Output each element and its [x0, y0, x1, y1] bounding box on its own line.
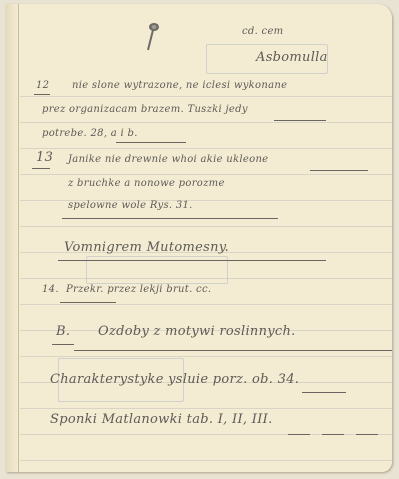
ruled-line: [20, 148, 392, 149]
entry-text: Przekr. przez lekji brut. cc.: [66, 284, 211, 295]
entry-continuation: prez organizacam brazem. Tuszki jedy: [42, 104, 248, 115]
pushpin-icon: [145, 22, 159, 52]
underline: [356, 434, 378, 435]
underline: [322, 434, 344, 435]
entry-number: 14.: [42, 284, 59, 295]
underline: [302, 392, 346, 393]
underline: [116, 142, 186, 143]
entry-text: Ozdoby z motywi roslinnych.: [98, 324, 296, 339]
header-line-1: cd. cem: [242, 26, 283, 37]
underline: [288, 434, 310, 435]
entry-number: 13: [36, 150, 53, 165]
notebook-page: cd. cem Asbomulla 12 nie slone wytrazone…: [6, 4, 392, 472]
ruled-line: [20, 96, 392, 97]
entry-text: Sponki Matlanowki tab. I, II, III.: [50, 412, 273, 427]
header-line-2: Asbomulla: [256, 50, 328, 65]
entry-text: Vomnigrem Mutomesny.: [64, 240, 229, 255]
entry-number: 12: [36, 80, 49, 91]
underline: [74, 350, 392, 351]
page-binding: [6, 4, 19, 472]
entry-text: Janike nie drewnie whoi akie ukleone: [68, 154, 268, 165]
underline: [62, 218, 278, 219]
underline: [52, 344, 74, 345]
underline: [60, 302, 116, 303]
ruled-line: [20, 304, 392, 305]
underline: [310, 170, 368, 171]
entry-continuation: z bruchke a nonowe porozme: [68, 178, 225, 189]
underline: [58, 260, 326, 261]
entry-text: nie slone wytrazone, ne iclesi wykonane: [72, 80, 287, 91]
entry-continuation: spelowne wole Rys. 31.: [68, 200, 193, 211]
underline: [274, 120, 326, 121]
ruled-line: [20, 174, 392, 175]
underline: [34, 94, 50, 95]
underline: [32, 168, 50, 169]
entry-number: B.: [56, 324, 70, 339]
ruled-line: [20, 460, 392, 461]
ruled-line: [20, 226, 392, 227]
entry-text: Charakterystyke ysluie porz. ob. 34.: [50, 372, 299, 387]
ruled-line: [20, 122, 392, 123]
ruled-line: [20, 408, 392, 409]
entry-continuation: potrebe. 28, a i b.: [42, 128, 138, 139]
ruled-line: [20, 356, 392, 357]
